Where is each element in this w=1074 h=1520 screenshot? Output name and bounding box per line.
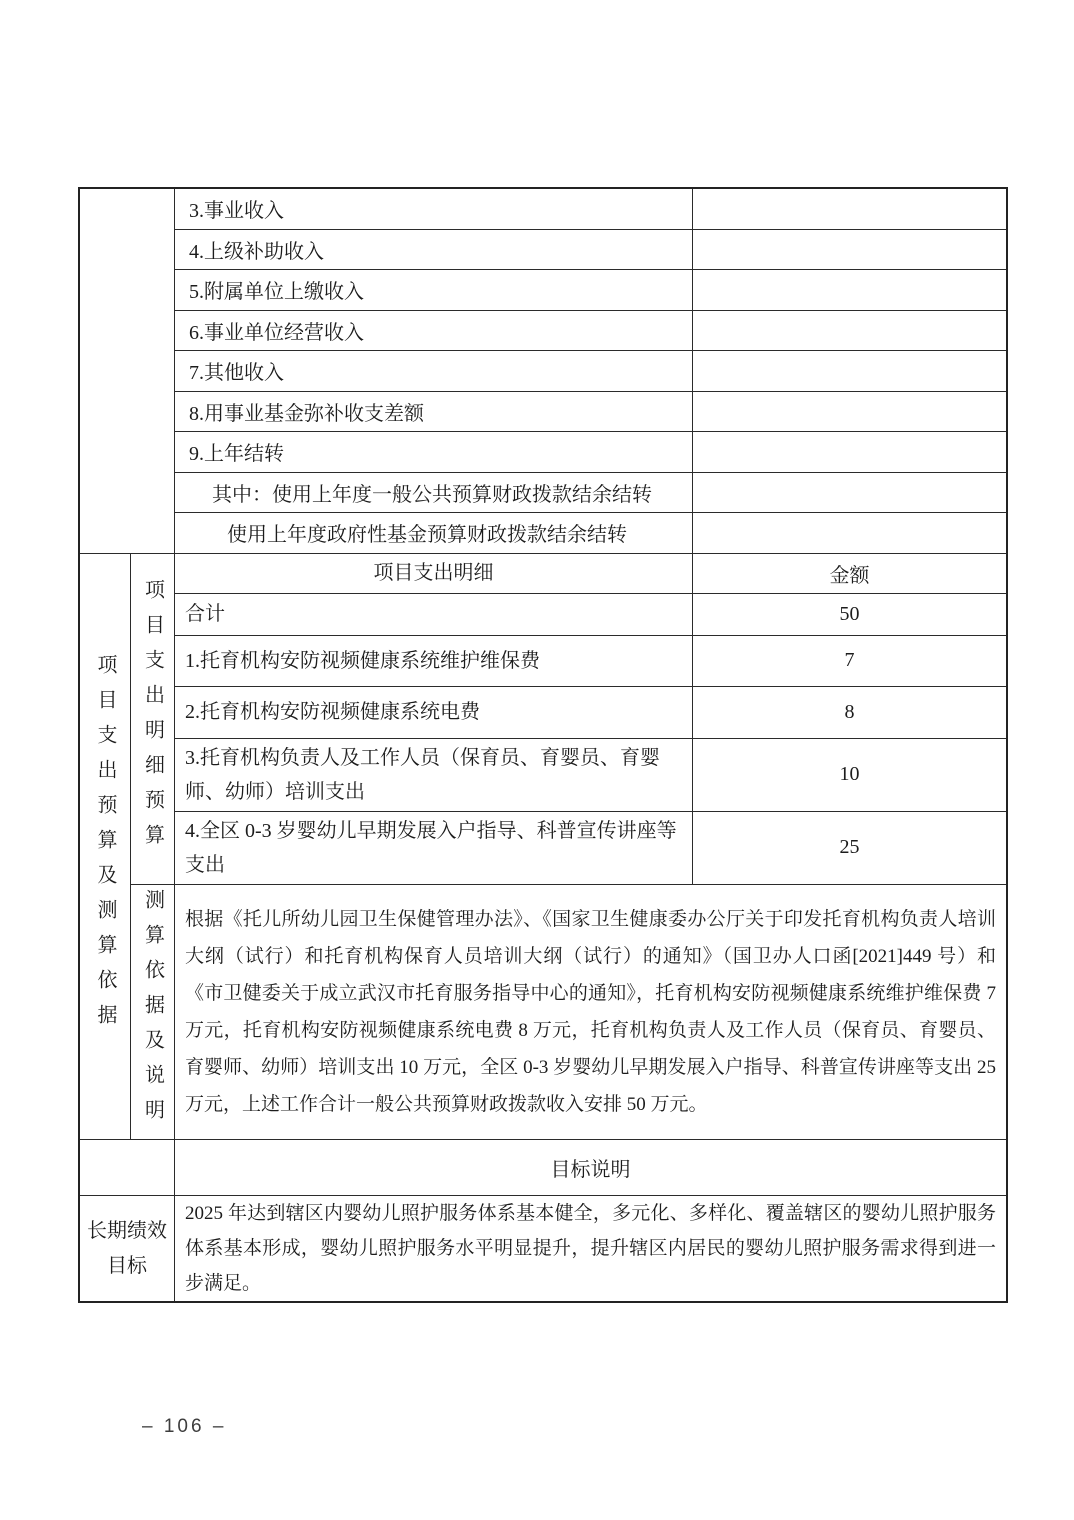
table-row: 4.全区 0-3 岁婴幼儿早期发展入户指导、科普宣传讲座等支出 25 [175,812,1006,884]
document-page: 3.事业收入 4.上级补助收入 5.附属单位上缴收入 6.事业单位经营收入 7.… [0,0,1074,1520]
detail-vertical-label: 项目支出明细预算 [142,579,164,859]
detail-row-amount: 25 [693,812,1006,884]
detail-row-label: 4.全区 0-3 岁婴幼儿早期发展入户指导、科普宣传讲座等支出 [175,812,693,884]
table-row: 其中：使用上年度一般公共预算财政拨款结余结转 [175,473,1006,514]
income-section-merged-left-cell [80,189,175,553]
income-rows: 3.事业收入 4.上级补助收入 5.附属单位上缴收入 6.事业单位经营收入 7.… [175,189,1006,553]
detail-row-amount: 50 [693,594,1006,635]
table-row: 使用上年度政府性基金预算财政拨款结余结转 [175,513,1006,553]
income-row-label: 5.附属单位上缴收入 [175,270,693,310]
income-row-label: 3.事业收入 [175,189,693,229]
detail-row-label: 3.托育机构负责人及工作人员（保育员、育婴员、育婴师、幼师）培训支出 [175,739,693,811]
table-row: 4.上级补助收入 [175,230,1006,271]
table-row: 1.托育机构安防视频健康系统维护维保费 7 [175,636,1006,687]
income-row-amount-cell [693,473,1006,513]
income-section: 3.事业收入 4.上级补助收入 5.附属单位上缴收入 6.事业单位经营收入 7.… [80,189,1006,554]
expenditure-detail-subsection: 项目支出明细预算 项目支出明细 金额 合计 50 1.托育机构安防视频健康系统维… [131,554,1006,885]
table-row: 6.事业单位经营收入 [175,311,1006,352]
detail-header-item: 项目支出明细 [175,554,693,593]
project-expenditure-section: 项目支出预算及测算依据 项目支出明细预算 项目支出明细 金额 合计 50 [80,554,1006,1140]
detail-rows: 项目支出明细 金额 合计 50 1.托育机构安防视频健康系统维护维保费 7 [175,554,1006,884]
basis-vertical-label: 测算依据及说明 [142,889,164,1134]
table-row: 3.事业收入 [175,189,1006,230]
detail-row-amount: 7 [693,636,1006,686]
table-row: 3.托育机构负责人及工作人员（保育员、育婴员、育婴师、幼师）培训支出 10 [175,739,1006,812]
budget-table: 3.事业收入 4.上级补助收入 5.附属单位上缴收入 6.事业单位经营收入 7.… [78,187,1008,1303]
basis-vertical-label-cell: 测算依据及说明 [131,885,175,1139]
income-row-label: 使用上年度政府性基金预算财政拨款结余结转 [175,513,693,553]
outer-vertical-label: 项目支出预算及测算依据 [94,654,116,1039]
income-row-amount-cell [693,432,1006,472]
detail-row-label: 2.托育机构安防视频健康系统电费 [175,687,693,738]
income-row-label: 6.事业单位经营收入 [175,311,693,351]
income-row-amount-cell [693,392,1006,432]
goal-header-title: 目标说明 [175,1140,1006,1195]
table-row: 8.用事业基金弥补收支差额 [175,392,1006,433]
income-row-amount-cell [693,513,1006,553]
goal-header-left-cell [80,1140,175,1195]
income-row-amount-cell [693,230,1006,270]
income-row-label: 其中：使用上年度一般公共预算财政拨款结余结转 [175,473,693,513]
income-row-amount-cell [693,351,1006,391]
detail-header-row: 项目支出明细 金额 [175,554,1006,594]
detail-row-label: 1.托育机构安防视频健康系统维护维保费 [175,636,693,686]
detail-vertical-label-cell: 项目支出明细预算 [131,554,175,884]
long-term-goal-row: 长期绩效目标 2025 年达到辖区内婴幼儿照护服务体系基本健全，多元化、多样化、… [80,1196,1006,1301]
income-row-label: 9.上年结转 [175,432,693,472]
income-row-label: 7.其他收入 [175,351,693,391]
basis-paragraph: 根据《托儿所幼儿园卫生保健管理办法》、《国家卫生健康委办公厅关于印发托育机构负责… [185,901,996,1123]
table-row: 合计 50 [175,594,1006,636]
table-row: 2.托育机构安防视频健康系统电费 8 [175,687,1006,739]
long-term-goal-label: 长期绩效目标 [80,1196,175,1301]
detail-header-amount: 金额 [693,554,1006,593]
table-row: 9.上年结转 [175,432,1006,473]
detail-row-amount: 8 [693,687,1006,738]
income-row-amount-cell [693,311,1006,351]
table-row: 5.附属单位上缴收入 [175,270,1006,311]
detail-row-label: 合计 [175,594,693,635]
goal-header-row: 目标说明 [80,1140,1006,1196]
income-row-amount-cell [693,270,1006,310]
income-row-label: 8.用事业基金弥补收支差额 [175,392,693,432]
basis-text-cell: 根据《托儿所幼儿园卫生保健管理办法》、《国家卫生健康委办公厅关于印发托育机构负责… [175,885,1006,1139]
table-row: 7.其他收入 [175,351,1006,392]
long-term-goal-text-cell: 2025 年达到辖区内婴幼儿照护服务体系基本健全，多元化、多样化、覆盖辖区的婴幼… [175,1196,1006,1301]
income-row-amount-cell [693,189,1006,229]
page-number: – 106 – [142,1416,226,1438]
outer-vertical-label-cell: 项目支出预算及测算依据 [80,554,131,1139]
project-expenditure-right: 项目支出明细预算 项目支出明细 金额 合计 50 1.托育机构安防视频健康系统维… [131,554,1006,1139]
calculation-basis-subsection: 测算依据及说明 根据《托儿所幼儿园卫生保健管理办法》、《国家卫生健康委办公厅关于… [131,885,1006,1139]
detail-row-amount: 10 [693,739,1006,811]
income-row-label: 4.上级补助收入 [175,230,693,270]
long-term-goal-paragraph: 2025 年达到辖区内婴幼儿照护服务体系基本健全，多元化、多样化、覆盖辖区的婴幼… [185,1196,996,1301]
